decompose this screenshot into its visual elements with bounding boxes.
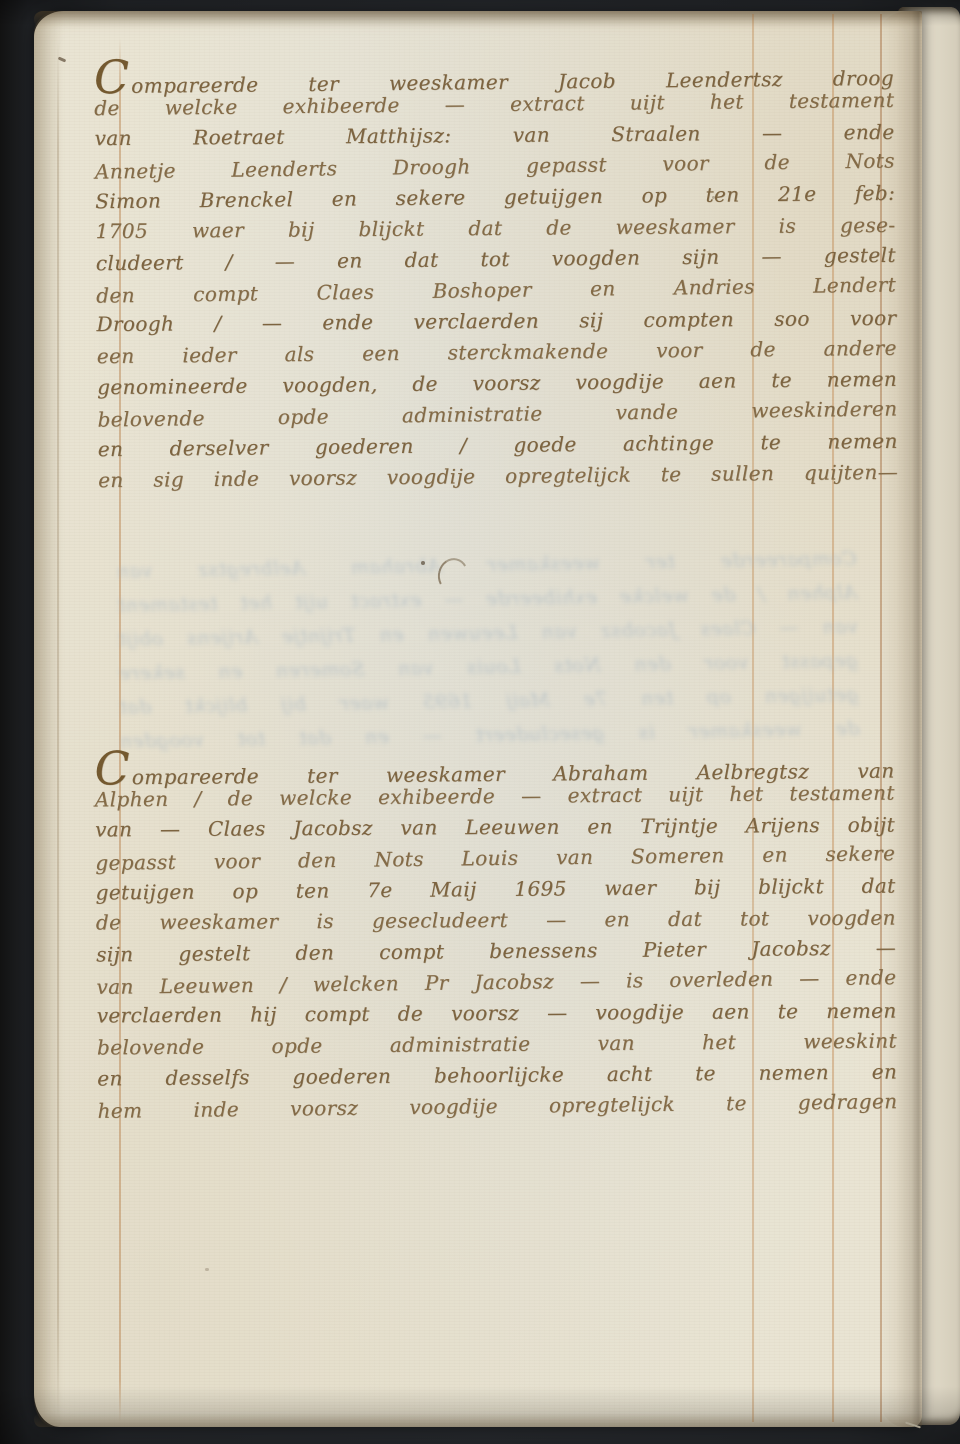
paper-bottom-edge-shadow (34, 1413, 922, 1427)
dust-speck (421, 561, 425, 565)
scanned-document-background: Compareerde ter weeskamer Abraham Aelbre… (0, 0, 960, 1444)
handwritten-line: Droogh / — ende verclaerden sij compten … (96, 303, 896, 340)
paper-left-edge-shadow (34, 11, 64, 1427)
ink-bleed-through: Compareerde ter weeskamer Abraham Aelbre… (116, 542, 859, 759)
handwritten-line: 1705 waer bij blijckt dat de weeskamer i… (95, 210, 895, 247)
dust-speck (712, 196, 715, 199)
paper-left-crease (57, 39, 59, 1421)
register-entry-1: Compareerde ter weeskamer Jacob Leendert… (94, 54, 899, 496)
register-entry-2: Compareerde ter weeskamer Abraham Aelbre… (94, 747, 897, 1126)
handwritten-line: verclaerden hij compt de voorsz — voogdi… (97, 996, 897, 1032)
handwritten-line: de weeskamer is gesecludeert — en dat to… (96, 903, 896, 939)
dust-speck (205, 1268, 209, 1271)
